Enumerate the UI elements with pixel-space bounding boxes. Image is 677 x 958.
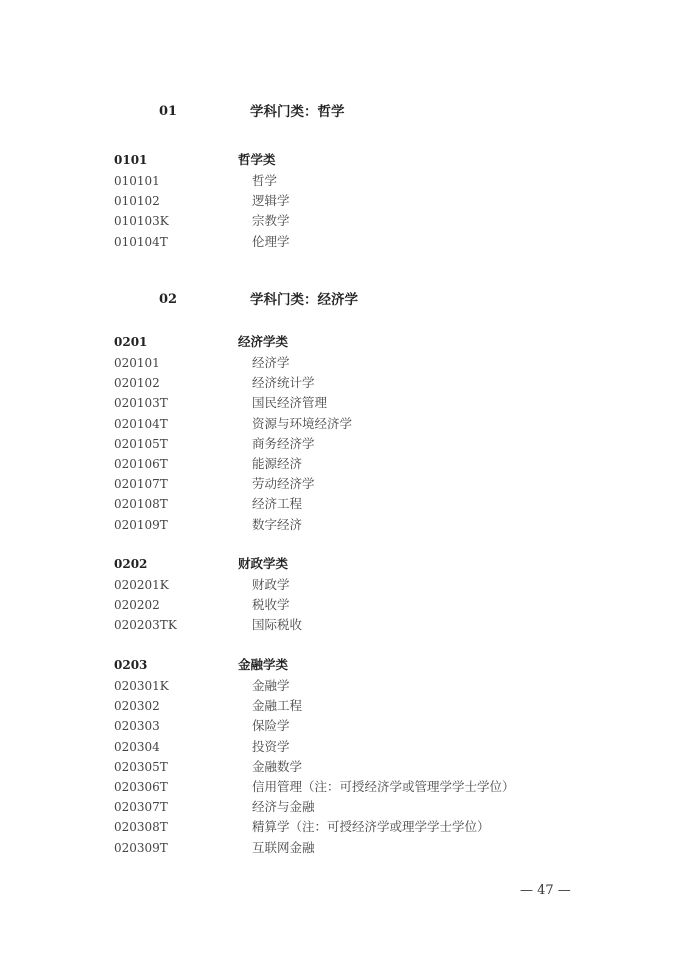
section-code: 02 (159, 291, 177, 309)
major-code: 010103K (114, 212, 169, 230)
major-code: 010102 (114, 192, 160, 210)
section-title: 学科门类：经济学 (250, 291, 358, 309)
major-code: 020304 (114, 738, 160, 756)
major-code: 020203TK (114, 616, 177, 634)
page-number: — 47 — (520, 882, 571, 900)
group-code: 0101 (114, 151, 147, 169)
major-name: 劳动经济学 (252, 475, 315, 493)
major-name: 经济工程 (252, 495, 302, 513)
major-code: 020107T (114, 475, 168, 493)
section-code: 01 (159, 103, 177, 121)
major-code: 020302 (114, 697, 160, 715)
major-code: 020305T (114, 758, 168, 776)
major-name: 经济学 (252, 354, 290, 372)
major-name: 国民经济管理 (252, 394, 327, 412)
major-name: 经济与金融 (252, 798, 315, 816)
major-name: 能源经济 (252, 455, 302, 473)
major-code: 020308T (114, 818, 168, 836)
major-code: 020202 (114, 596, 160, 614)
major-name: 税收学 (252, 596, 290, 614)
major-code: 010101 (114, 172, 160, 190)
major-name: 国际税收 (252, 616, 302, 634)
major-name: 商务经济学 (252, 435, 315, 453)
major-code: 020307T (114, 798, 168, 816)
major-name: 财政学 (252, 576, 290, 594)
major-name: 金融学 (252, 677, 290, 695)
major-code: 020309T (114, 839, 168, 857)
group-code: 0203 (114, 656, 147, 674)
major-code: 020301K (114, 677, 169, 695)
group-code: 0202 (114, 555, 147, 573)
major-code: 020306T (114, 778, 168, 796)
major-name: 投资学 (252, 738, 290, 756)
group-name: 金融学类 (238, 656, 288, 674)
major-code: 020104T (114, 415, 168, 433)
group-code: 0201 (114, 333, 147, 351)
group-name: 经济学类 (238, 333, 288, 351)
major-name: 信用管理（注：可授经济学或管理学学士学位） (252, 778, 515, 796)
major-name: 资源与环境经济学 (252, 415, 352, 433)
major-name: 数字经济 (252, 516, 302, 534)
major-name: 精算学（注：可授经济学或理学学士学位） (252, 818, 490, 836)
major-code: 020101 (114, 354, 160, 372)
section-title: 学科门类：哲学 (250, 103, 345, 121)
major-name: 互联网金融 (252, 839, 315, 857)
major-code: 020109T (114, 516, 168, 534)
major-code: 020106T (114, 455, 168, 473)
major-name: 哲学 (252, 172, 277, 190)
major-code: 020303 (114, 717, 160, 735)
major-code: 010104T (114, 233, 168, 251)
major-code: 020102 (114, 374, 160, 392)
major-name: 金融数学 (252, 758, 302, 776)
group-name: 哲学类 (238, 151, 276, 169)
major-code: 020103T (114, 394, 168, 412)
group-name: 财政学类 (238, 555, 288, 573)
major-name: 保险学 (252, 717, 290, 735)
major-code: 020201K (114, 576, 169, 594)
major-code: 020105T (114, 435, 168, 453)
major-name: 宗教学 (252, 212, 290, 230)
major-name: 金融工程 (252, 697, 302, 715)
major-name: 逻辑学 (252, 192, 290, 210)
major-code: 020108T (114, 495, 168, 513)
major-name: 经济统计学 (252, 374, 315, 392)
major-name: 伦理学 (252, 233, 290, 251)
